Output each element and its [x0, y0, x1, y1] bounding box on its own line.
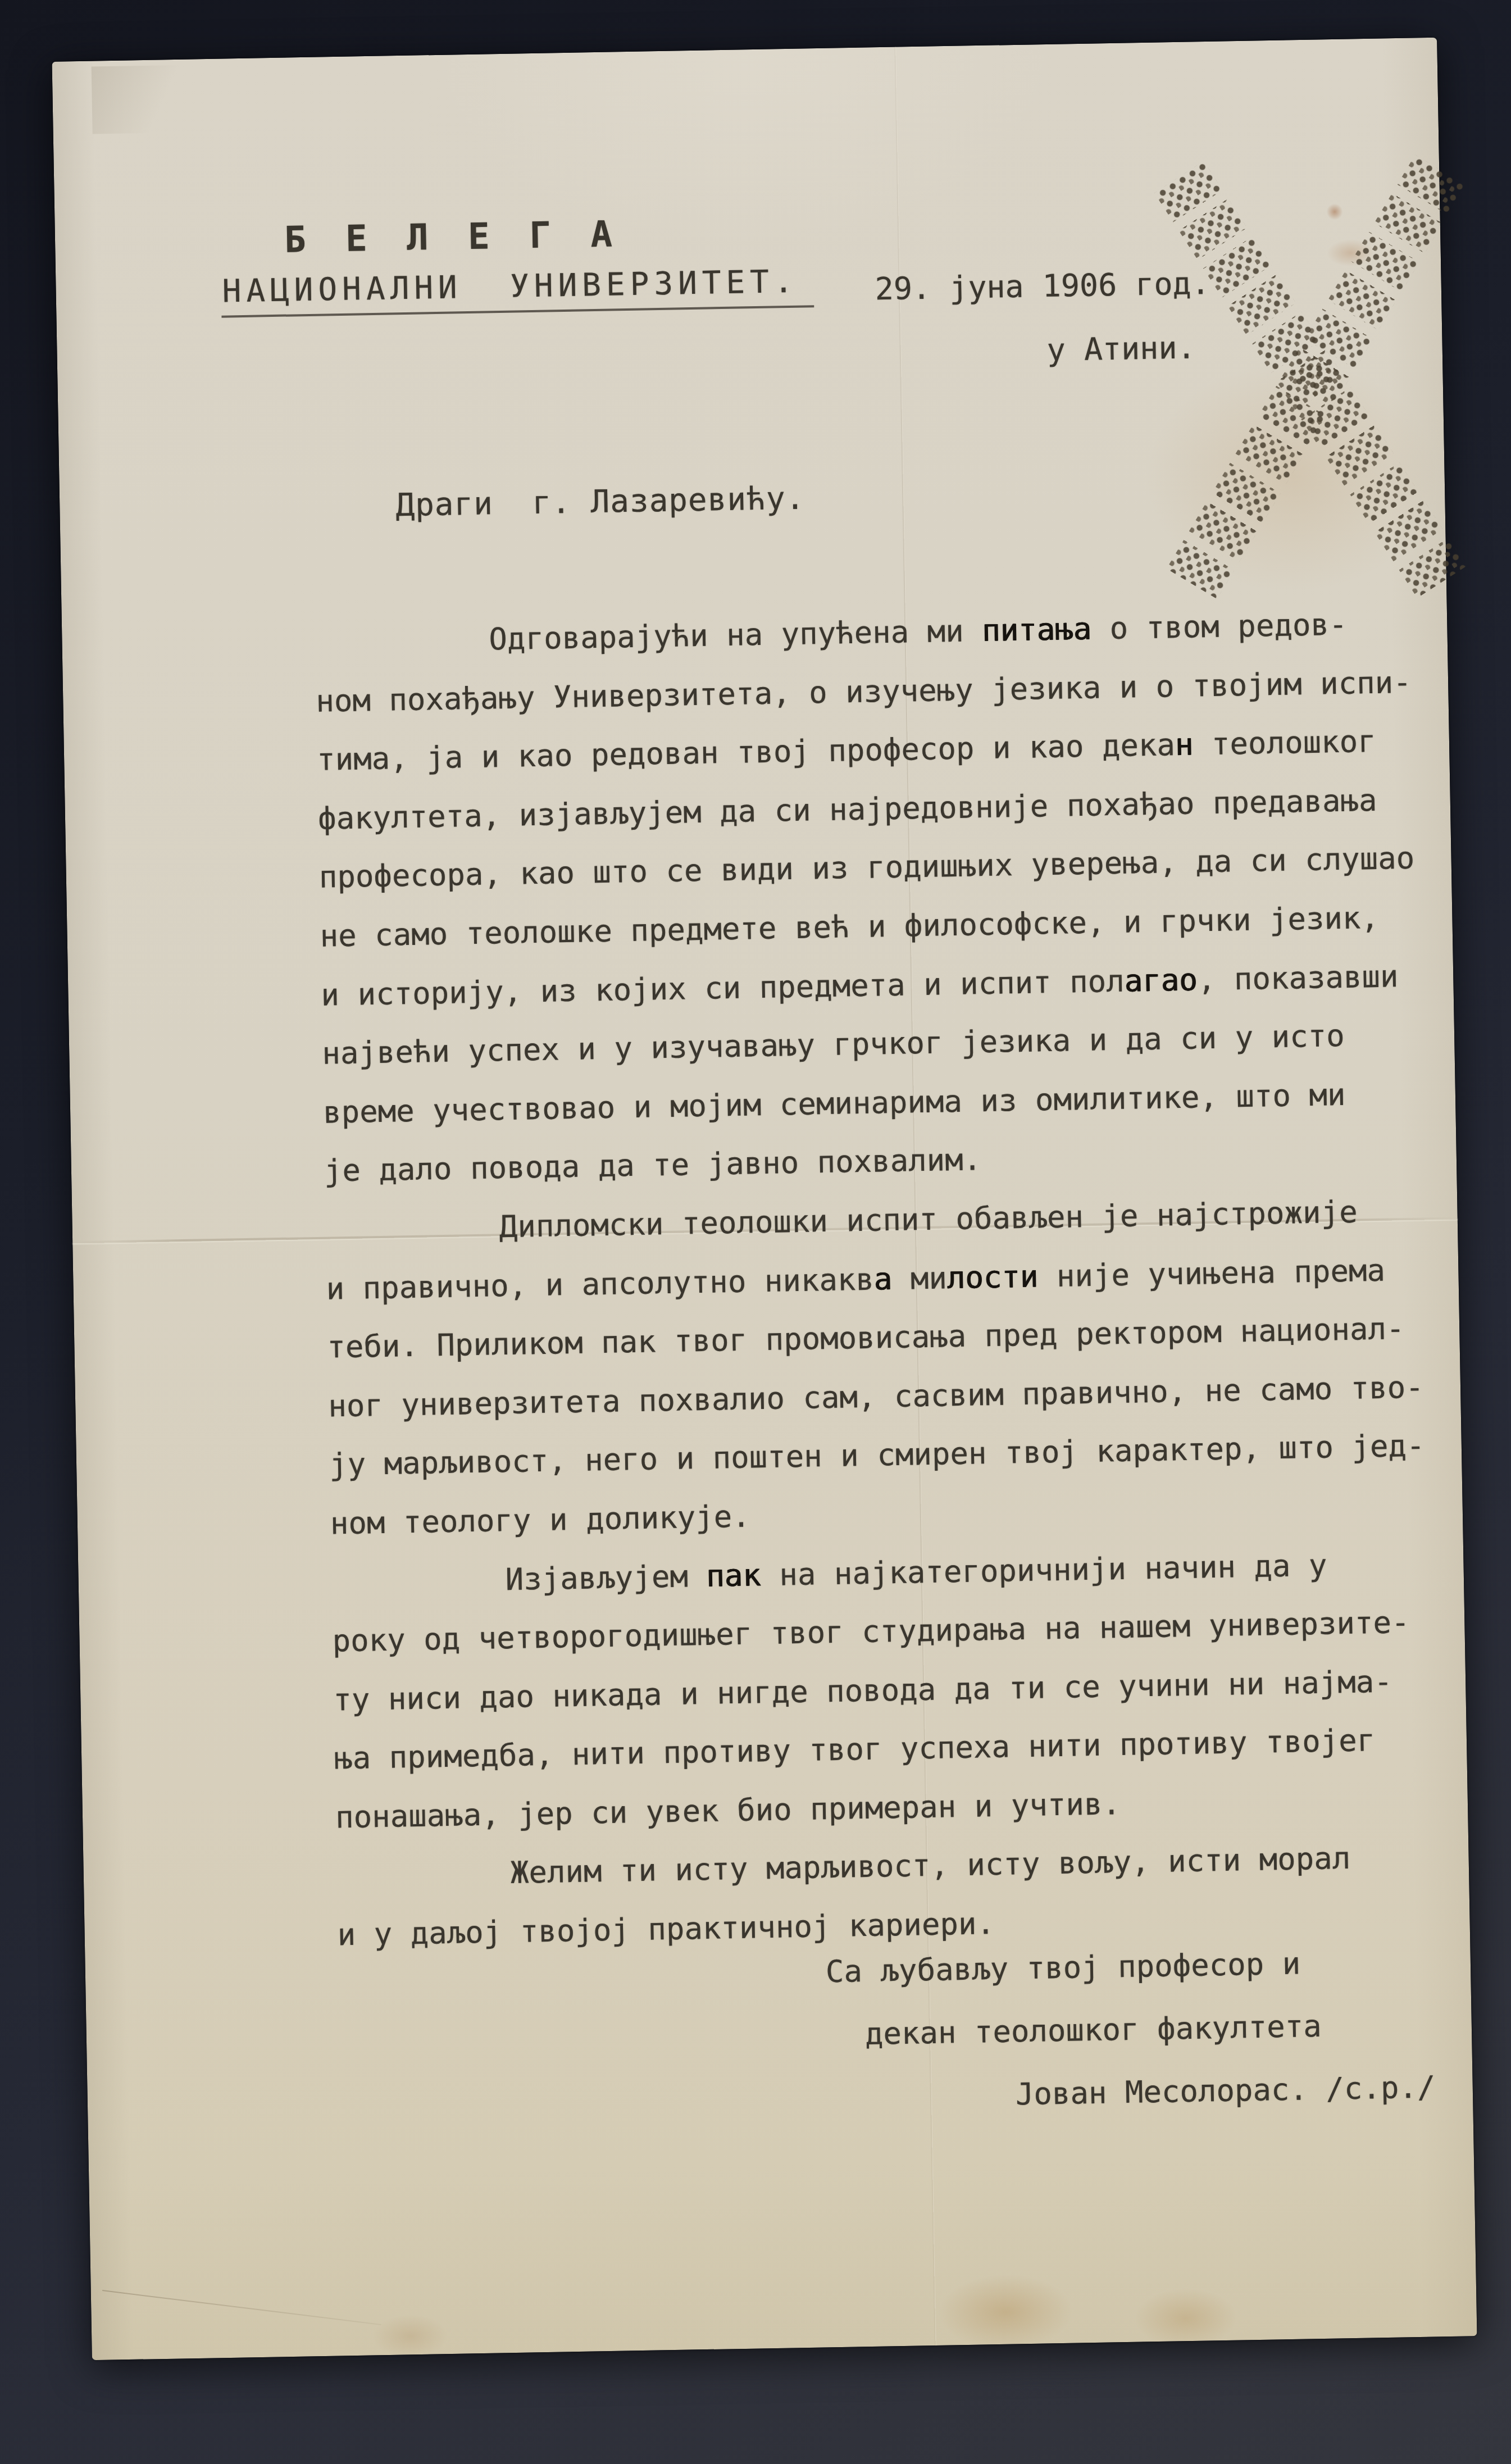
- letter-body: Одговарајући на упућена ми питања о твом…: [315, 594, 1473, 1965]
- typewritten-text: не само теолошке предмете већ и философс…: [320, 900, 1379, 954]
- typewritten-text: ном теологу и доликује.: [330, 1498, 750, 1541]
- typewritten-text: ња примедба, нити противу твог успеха ни…: [334, 1722, 1376, 1776]
- typewritten-text: и у даљој твојој практичној кариери.: [337, 1906, 995, 1952]
- overtyped-text: пак: [706, 1557, 762, 1594]
- typewritten-text: ног универзитета похвалио сам, сасвим пр…: [328, 1369, 1424, 1424]
- salutation: Драги г. Лазаревићу.: [395, 480, 805, 524]
- typewritten-text: , показавши: [1197, 958, 1399, 997]
- letterhead-institution: НАЦИОНАЛНИ УНИВЕРЗИТЕТ.: [221, 263, 814, 317]
- typewritten-text: Одговарајући на упућена ми: [489, 613, 982, 657]
- typewritten-text: факултета, изјављујем да си најредовније…: [318, 783, 1377, 837]
- photo-background: Б Е Л Е Г А НАЦИОНАЛНИ УНИВЕРЗИТЕТ. 29. …: [0, 0, 1511, 2464]
- typewritten-text: теолошког: [1193, 724, 1376, 762]
- typewritten-text: тима, ја и као редован твој професор и к…: [317, 727, 1176, 778]
- overtyped-text: питања: [982, 611, 1092, 648]
- typewritten-text: на најкатегоричнији начин да у: [761, 1547, 1327, 1593]
- letterhead-title: Б Е Л Е Г А: [284, 213, 621, 261]
- overtyped-text: агао: [1124, 962, 1198, 998]
- typewritten-text: Изјављујем: [505, 1558, 707, 1597]
- typewritten-text: Желим ти исту марљивост, исту вољу, исти…: [510, 1840, 1350, 1890]
- overtyped-text: а: [873, 1261, 893, 1297]
- typewritten-text: ном похађању Универзитета, о изучењу јез…: [316, 664, 1412, 719]
- typewritten-text: није учињена према: [1038, 1252, 1386, 1294]
- typewritten-text: року од четворогодишњег твог студирања н…: [332, 1604, 1410, 1658]
- typewritten-text: је дало повода да те јавно похвалим.: [324, 1142, 981, 1189]
- closing-role: декан теолошког факултета: [864, 2008, 1322, 2052]
- overtyped-text: лости: [946, 1258, 1039, 1295]
- typewritten-text: време учествовао и мојим семинарима из о…: [323, 1077, 1346, 1130]
- corner-crease: [102, 2290, 381, 2325]
- signature-name: Јован Месолорас. /с.р./: [1015, 2069, 1436, 2112]
- paper-corner-fold: [92, 65, 222, 134]
- typewritten-text: професора, као што се види из годишњих у…: [318, 840, 1414, 895]
- typewritten-text: највећи успех и у изучавању грчког језик…: [322, 1018, 1345, 1071]
- typewritten-text: и историју, из којих си предмета и испит…: [321, 963, 1125, 1012]
- perforated-x-stamp: [1144, 149, 1500, 649]
- typewritten-text: ју марљивост, него и поштен и смирен тво…: [329, 1428, 1425, 1483]
- overtyped-text: н: [1175, 727, 1194, 763]
- typewritten-text: понашања, јер си увек био примеран и учт…: [335, 1786, 1121, 1835]
- typewritten-text: ми: [892, 1260, 948, 1297]
- letter-document: Б Е Л Е Г А НАЦИОНАЛНИ УНИВЕРЗИТЕТ. 29. …: [52, 38, 1477, 2360]
- typewritten-text: и правично, и апсолутно никакв: [326, 1261, 874, 1306]
- typewritten-text: ту ниси дао никада и нигде повода да ти …: [333, 1663, 1392, 1717]
- typewritten-text: о твом редов-: [1091, 607, 1348, 647]
- closing-line: Са љубављу твој професор и: [825, 1946, 1300, 1990]
- typewritten-text: теби. Приликом пак твог промовисања пред…: [327, 1311, 1405, 1365]
- typewritten-text: Дипломски теолошки испит обављен је најс…: [499, 1194, 1358, 1245]
